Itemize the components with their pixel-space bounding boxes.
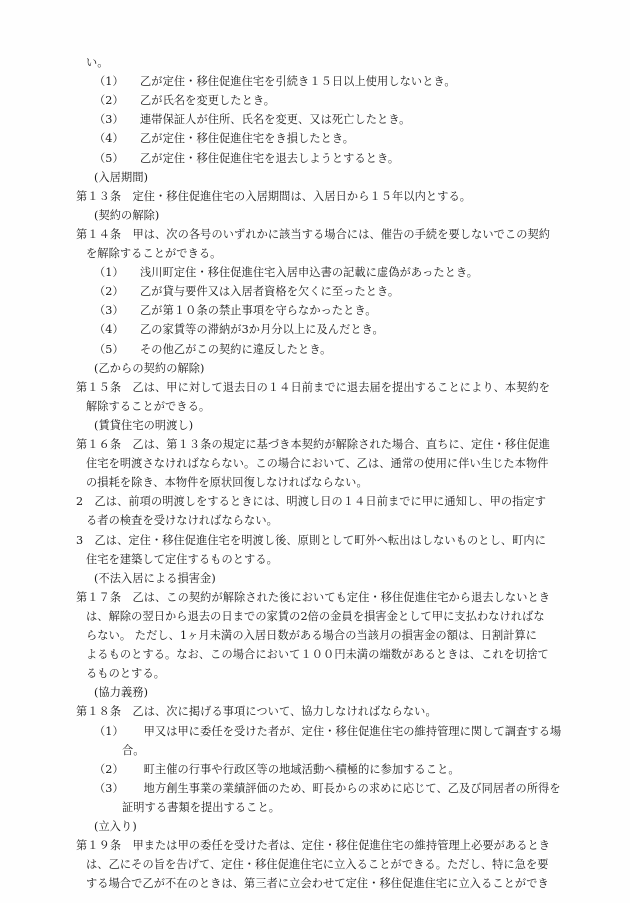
document-line: 住宅を明渡さなければならない。この場合において、乙は、通常の使用に伴い生じた本物… bbox=[86, 457, 549, 471]
document-line: 2 乙は、前項の明渡しをするときには、明渡し日の１４日前までに甲に通知し、甲の指… bbox=[76, 495, 546, 509]
document-line: 解除することができる。 bbox=[86, 400, 210, 414]
document-line: （2） 町主催の行事や行政区等の地域活動へ積極的に参加すること。 bbox=[94, 763, 460, 777]
document-line: (乙からの契約の解除) bbox=[94, 362, 205, 376]
item-number: （5） bbox=[94, 343, 140, 357]
line-text: 第１９条 甲または甲の委任を受けた者は、定住・移住促進住宅の維持管理上必要がある… bbox=[76, 839, 550, 852]
line-text: 第１５条 乙は、甲に対して退去日の１４日前までに退去届を提出することにより、本契… bbox=[76, 381, 550, 394]
line-text: する場合で乙が不在のときは、第三者に立会わせて定住・移住促進住宅に立入ることがで… bbox=[86, 877, 549, 890]
document-line: 第１５条 乙は、甲に対して退去日の１４日前までに退去届を提出することにより、本契… bbox=[76, 381, 550, 395]
line-text: 3 乙は、定住・移住促進住宅を明渡し後、原則として町外へ転出はしないものとし、町… bbox=[76, 534, 546, 547]
document-line: （2）乙が氏名を変更したとき。 bbox=[94, 94, 275, 108]
document-line: よるものとする。なお、この場合において１００円未満の端数があるときは、これを切捨… bbox=[86, 648, 549, 662]
document-line: の損耗を除き、本物件を原状回復しなければならない。 bbox=[86, 476, 368, 490]
line-text: 乙が定住・移住促進住宅を退去しようとするとき。 bbox=[140, 152, 399, 165]
item-number: （4） bbox=[94, 323, 140, 337]
line-text: 第１４条 甲は、次の各号のいずれかに該当する場合には、催告の手続を要しないでこの… bbox=[76, 228, 550, 241]
document-line: (契約の解除) bbox=[94, 209, 159, 223]
document-line: （3）乙が第１０条の禁止事項を守らなかったとき。 bbox=[94, 304, 377, 318]
document-line: (立入り) bbox=[94, 820, 137, 834]
document-line: （1）乙が定住・移住促進住宅を引続き１５日以上使用しないとき。 bbox=[94, 75, 456, 89]
item-number: （2） bbox=[94, 285, 140, 299]
item-number: （2） bbox=[94, 763, 140, 777]
line-text: 第１７条 乙は、この契約が解除された後においても定住・移住促進住宅から退去しない… bbox=[76, 591, 550, 604]
line-text: (乙からの契約の解除) bbox=[94, 362, 205, 375]
line-text: 乙が氏名を変更したとき。 bbox=[140, 94, 275, 107]
line-text: 浅川町定住・移住促進住宅入居申込書の記載に虚偽があったとき。 bbox=[140, 266, 478, 279]
line-text: の損耗を除き、本物件を原状回復しなければならない。 bbox=[86, 476, 368, 489]
document-line: （4）乙の家賃等の滞納が3か月分以上に及んだとき。 bbox=[94, 323, 384, 337]
document-line: する場合で乙が不在のときは、第三者に立会わせて定住・移住促進住宅に立入ることがで… bbox=[86, 877, 549, 891]
document-line: らない。 ただし、1ヶ月未満の入居日数がある場合の当該月の損害金の額は、日割計算… bbox=[86, 629, 537, 643]
line-text: 第１６条 乙は、第１３条の規定に基づき本契約が解除された場合、直ちに、定住・移住… bbox=[76, 438, 550, 451]
document-line: る者の検査を受けなければならない。 bbox=[86, 514, 278, 528]
document-line: （1） 甲又は甲に委任を受けた者が、定住・移住促進住宅の維持管理に関して調査する… bbox=[94, 725, 561, 739]
line-text: らない。 ただし、1ヶ月未満の入居日数がある場合の当該月の損害金の額は、日割計算… bbox=[86, 629, 537, 642]
item-number: （2） bbox=[94, 94, 140, 108]
document-line: 第１８条 乙は、次に掲げる事項について、協力しなければならない。 bbox=[76, 705, 437, 719]
line-text: 町主催の行事や行政区等の地域活動へ積極的に参加すること。 bbox=[140, 763, 460, 776]
item-number: （4） bbox=[94, 132, 140, 146]
document-line: 住宅を建築して定住するものとする。 bbox=[86, 553, 278, 567]
line-text: (入居期間) bbox=[94, 171, 148, 184]
line-text: 2 乙は、前項の明渡しをするときには、明渡し日の１４日前までに甲に通知し、甲の指… bbox=[76, 495, 546, 508]
document-line: (賃貸住宅の明渡し) bbox=[94, 419, 193, 433]
document-line: （5）その他乙がこの契約に違反したとき。 bbox=[94, 343, 331, 357]
document-line: （2）乙が貸与要件又は入居者資格を欠くに至ったとき。 bbox=[94, 285, 399, 299]
document-line: は、解除の翌日から退去の日までの家賃の2倍の金員を損害金として甲に支払わなければ… bbox=[86, 610, 545, 624]
line-text: 地方創生事業の業績評価のため、町長からの求めに応じて、乙及び同居者の所得を bbox=[140, 782, 561, 795]
line-text: 乙が定住・移住促進住宅をき損したとき。 bbox=[140, 132, 354, 145]
line-text: (契約の解除) bbox=[94, 209, 159, 222]
document-line: 3 乙は、定住・移住促進住宅を明渡し後、原則として町外へ転出はしないものとし、町… bbox=[76, 534, 546, 548]
line-text: よるものとする。なお、この場合において１００円未満の端数があるときは、これを切捨… bbox=[86, 648, 549, 661]
line-text: 住宅を明渡さなければならない。この場合において、乙は、通常の使用に伴い生じた本物… bbox=[86, 457, 549, 470]
line-text: 住宅を建築して定住するものとする。 bbox=[86, 553, 278, 566]
line-text: を解除することができる。 bbox=[86, 247, 221, 260]
line-text: 合。 bbox=[122, 744, 145, 757]
document-line: 合。 bbox=[122, 744, 145, 758]
line-text: 甲又は甲に委任を受けた者が、定住・移住促進住宅の維持管理に関して調査する場 bbox=[140, 725, 561, 738]
document-line: （1）浅川町定住・移住促進住宅入居申込書の記載に虚偽があったとき。 bbox=[94, 266, 478, 280]
document-line: 証明する書類を提出すること。 bbox=[122, 801, 280, 815]
line-text: い。 bbox=[86, 56, 109, 69]
line-text: (賃貸住宅の明渡し) bbox=[94, 419, 193, 432]
item-number: （1） bbox=[94, 75, 140, 89]
document-line: （4）乙が定住・移住促進住宅をき損したとき。 bbox=[94, 132, 354, 146]
line-text: は、乙にその旨を告げて、定住・移住促進住宅に立入ることができる。ただし、特に急を… bbox=[86, 858, 549, 871]
line-text: るものとする。 bbox=[86, 667, 165, 680]
item-number: （5） bbox=[94, 152, 140, 166]
line-text: (立入り) bbox=[94, 820, 137, 833]
line-text: (不法入居による損害金) bbox=[94, 572, 216, 585]
item-number: （3） bbox=[94, 304, 140, 318]
line-text: は、解除の翌日から退去の日までの家賃の2倍の金員を損害金として甲に支払わなければ… bbox=[86, 610, 545, 623]
document-line: （5）乙が定住・移住促進住宅を退去しようとするとき。 bbox=[94, 152, 399, 166]
document-line: (不法入居による損害金) bbox=[94, 572, 216, 586]
document-line: 第１６条 乙は、第１３条の規定に基づき本契約が解除された場合、直ちに、定住・移住… bbox=[76, 438, 550, 452]
line-text: 第１８条 乙は、次に掲げる事項について、協力しなければならない。 bbox=[76, 705, 437, 718]
item-number: （1） bbox=[94, 725, 140, 739]
line-text: 乙が貸与要件又は入居者資格を欠くに至ったとき。 bbox=[140, 285, 399, 298]
line-text: (協力義務) bbox=[94, 686, 148, 699]
document-line: を解除することができる。 bbox=[86, 247, 221, 261]
document-line: は、乙にその旨を告げて、定住・移住促進住宅に立入ることができる。ただし、特に急を… bbox=[86, 858, 549, 872]
document-line: 第１３条 定住・移住促進住宅の入居期間は、入居日から１５年以内とする。 bbox=[76, 190, 471, 204]
document-line: (入居期間) bbox=[94, 171, 148, 185]
line-text: 連帯保証人が住所、氏名を変更、又は死亡したとき。 bbox=[140, 113, 410, 126]
line-text: その他乙がこの契約に違反したとき。 bbox=[140, 343, 331, 356]
line-text: 乙の家賃等の滞納が3か月分以上に及んだとき。 bbox=[140, 323, 384, 336]
document-line: るものとする。 bbox=[86, 667, 165, 681]
line-text: 第１３条 定住・移住促進住宅の入居期間は、入居日から１５年以内とする。 bbox=[76, 190, 471, 203]
line-text: 乙が定住・移住促進住宅を引続き１５日以上使用しないとき。 bbox=[140, 75, 456, 88]
document-line: （3）連帯保証人が住所、氏名を変更、又は死亡したとき。 bbox=[94, 113, 410, 127]
line-text: る者の検査を受けなければならない。 bbox=[86, 514, 278, 527]
line-text: 証明する書類を提出すること。 bbox=[122, 801, 280, 814]
document-line: い。 bbox=[86, 56, 109, 70]
line-text: 乙が第１０条の禁止事項を守らなかったとき。 bbox=[140, 304, 377, 317]
item-number: （1） bbox=[94, 266, 140, 280]
line-text: 解除することができる。 bbox=[86, 400, 210, 413]
item-number: （3） bbox=[94, 113, 140, 127]
document-line: 第１７条 乙は、この契約が解除された後においても定住・移住促進住宅から退去しない… bbox=[76, 591, 550, 605]
document-page: い。（1）乙が定住・移住促進住宅を引続き１５日以上使用しないとき。（2）乙が氏名… bbox=[0, 0, 630, 903]
document-line: （3） 地方創生事業の業績評価のため、町長からの求めに応じて、乙及び同居者の所得… bbox=[94, 782, 561, 796]
document-line: (協力義務) bbox=[94, 686, 148, 700]
document-line: 第１４条 甲は、次の各号のいずれかに該当する場合には、催告の手続を要しないでこの… bbox=[76, 228, 550, 242]
document-line: 第１９条 甲または甲の委任を受けた者は、定住・移住促進住宅の維持管理上必要がある… bbox=[76, 839, 550, 853]
item-number: （3） bbox=[94, 782, 140, 796]
